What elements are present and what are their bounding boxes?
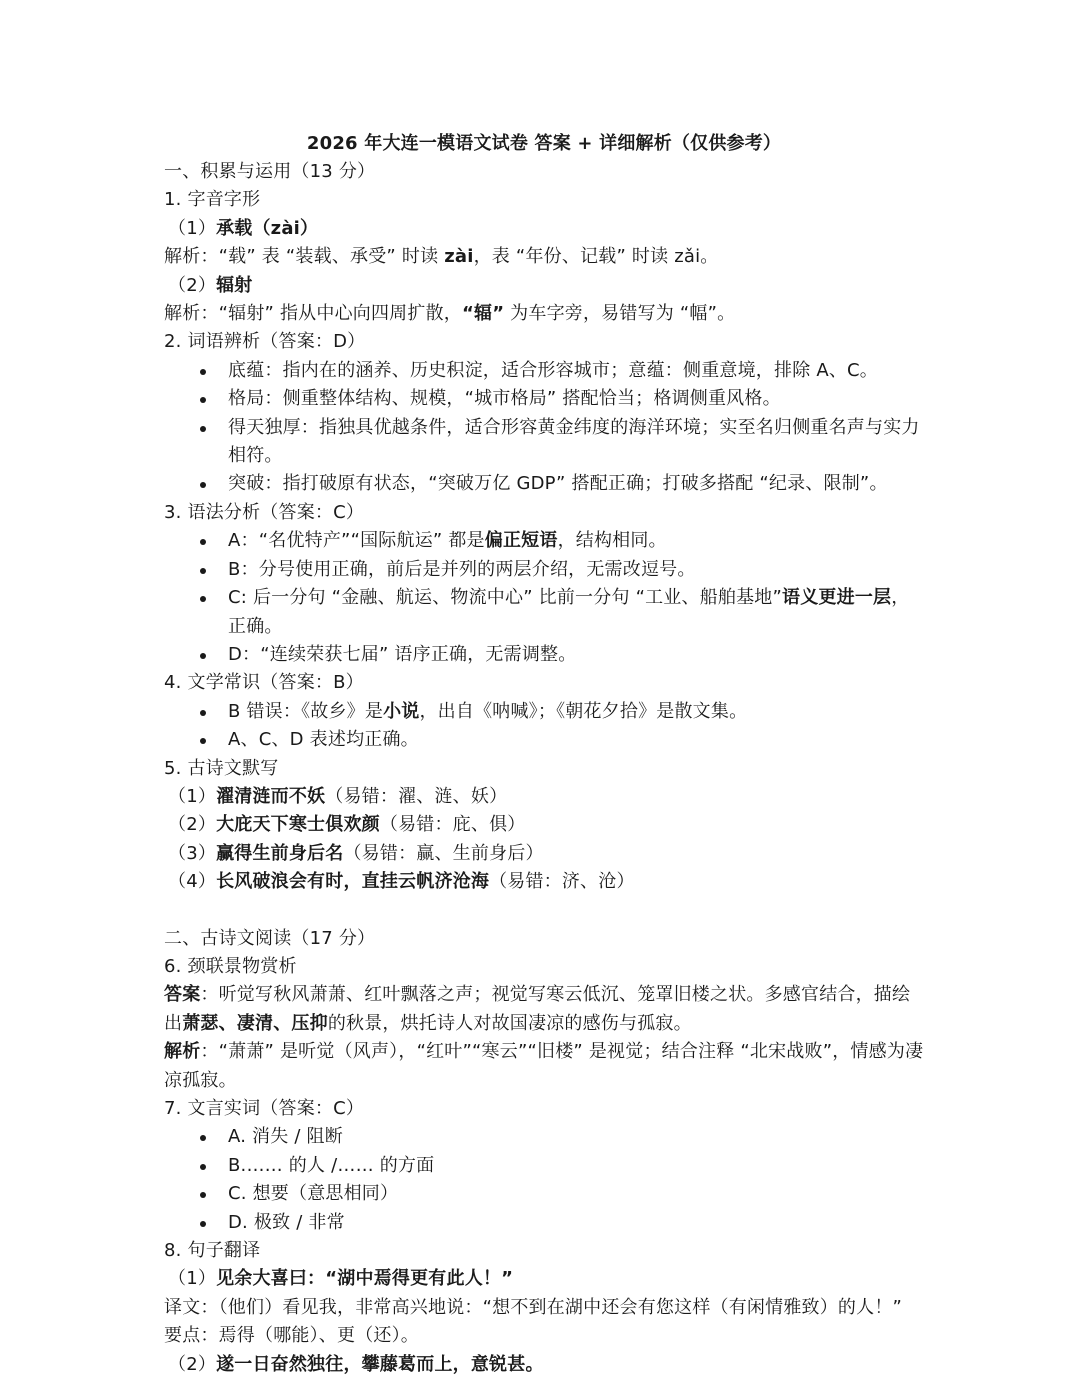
analysis-text: 解析：“载” 表 “装载、承受” 时读	[164, 246, 444, 267]
bullet-item: B：分号使用正确，前后是并列的两层介绍，无需改逗号。	[164, 556, 924, 584]
bullet-item: 得天独厚：指独具优越条件，适合形容黄金纬度的海洋环境；实至名归侧重名声与实力相符…	[164, 414, 924, 471]
recitation-item: （3）赢得生前身后名（易错：赢、生前身后）	[164, 840, 924, 868]
answer-text: 辐射	[216, 275, 252, 296]
sentence-text: 遂一日奋然独往，攀藤葛而上，意锐甚。	[216, 1354, 544, 1375]
note-text: （易错：濯、涟、妖）	[325, 786, 507, 807]
question-heading-7: 7. 文言实词（答案：C）	[164, 1095, 924, 1123]
item-number: （1）	[168, 1268, 216, 1289]
bullet-item: B 错误：《故乡》是小说，出自《呐喊》；《朝花夕拾》是散文集。	[164, 698, 924, 726]
q8-part2-sentence: （2）遂一日奋然独往，攀藤葛而上，意锐甚。	[164, 1351, 924, 1379]
q8-part1-sentence: （1）见余大喜曰：“湖中焉得更有此人！”	[164, 1265, 924, 1293]
answer-label: 答案	[164, 984, 200, 1005]
bullet-text: ，结构相同。	[558, 530, 667, 551]
bullet-text: A：“名优特产”“国际航运” 都是	[228, 530, 485, 551]
item-number: （3）	[168, 843, 216, 864]
question-heading-4: 4. 文学常识（答案：B）	[164, 669, 924, 697]
recitation-item: （4）长风破浪会有时，直挂云帆济沧海（易错：济、沧）	[164, 868, 924, 896]
q8-part1-translation: 译文：（他们）看见我，非常高兴地说：“想不到在湖中还会有您这样（有闲情雅致）的人…	[164, 1294, 924, 1322]
section-heading-1: 一、积累与运用（13 分）	[164, 158, 924, 186]
bullet-item: A：“名优特产”“国际航运” 都是偏正短语，结构相同。	[164, 527, 924, 555]
question-heading-3: 3. 语法分析（答案：C）	[164, 499, 924, 527]
answer-bold: 萧瑟、凄清、压抑	[182, 1013, 328, 1034]
bullet-item: 突破：指打破原有状态，“突破万亿 GDP” 搭配正确；打破多搭配 “纪录、限制”…	[164, 470, 924, 498]
q6-answer: 答案：听觉写秋风萧萧、红叶飘落之声；视觉写寒云低沉、笼罩旧楼之状。多感官结合，描…	[164, 981, 924, 1038]
q1-part1-analysis: 解析：“载” 表 “装载、承受” 时读 zài，表 “年份、记载” 时读 zǎi…	[164, 243, 924, 271]
bullet-item: 格局：侧重整体结构、规模，“城市格局” 搭配恰当；格调侧重风格。	[164, 385, 924, 413]
sentence-text: 见余大喜曰：“湖中焉得更有此人！”	[216, 1268, 513, 1289]
section-heading-2: 二、古诗文阅读（17 分）	[164, 925, 924, 953]
bullet-item: A. 消失 / 阻断	[164, 1123, 924, 1151]
bullet-bold: 小说	[383, 701, 419, 722]
recitation-item: （1）濯清涟而不妖（易错：濯、涟、妖）	[164, 783, 924, 811]
document-page: 2026 年大连一模语文试卷 答案 + 详细解析（仅供参考） 一、积累与运用（1…	[164, 130, 924, 1379]
answer-text: 的秋景，烘托诗人对故国凄凉的感伤与孤寂。	[328, 1013, 692, 1034]
question-heading-1: 1. 字音字形	[164, 186, 924, 214]
q1-part2-answer: （2）辐射	[164, 272, 924, 300]
analysis-bold: zài	[444, 246, 473, 267]
bullet-text: C: 后一分句 “金融、航运、物流中心” 比前一分句 “工业、船舶基地”	[228, 587, 782, 608]
bullet-item: D：“连续荣获七届” 语序正确，无需调整。	[164, 641, 924, 669]
bullet-item: 底蕴：指内在的涵养、历史积淀，适合形容城市；意蕴：侧重意境，排除 A、C。	[164, 357, 924, 385]
analysis-label: 解析	[164, 1041, 200, 1062]
answer-text: 赢得生前身后名	[216, 843, 343, 864]
question-heading-8: 8. 句子翻译	[164, 1237, 924, 1265]
item-number: （2）	[168, 814, 216, 835]
bullet-item: C. 想要（意思相同）	[164, 1180, 924, 1208]
bullet-bold: 偏正短语	[485, 530, 558, 551]
analysis-text: 为车字旁，易错写为 “幅”。	[504, 303, 735, 324]
answer-text: 濯清涟而不妖	[216, 786, 325, 807]
bullet-item: B.…… 的人 /…… 的方面	[164, 1152, 924, 1180]
answer-text: 大庇天下寒士俱欢颜	[216, 814, 380, 835]
bullet-text: B 错误：《故乡》是	[228, 701, 383, 722]
question-heading-2: 2. 词语辨析（答案：D）	[164, 328, 924, 356]
q6-analysis: 解析：“萧萧” 是听觉（风声），“红叶”“寒云”“旧楼” 是视觉；结合注释 “北…	[164, 1038, 924, 1095]
q8-part1-points: 要点：焉得（哪能）、更（还）。	[164, 1322, 924, 1350]
bullet-text: ，出自《呐喊》；《朝花夕拾》是散文集。	[419, 701, 747, 722]
bullet-item: A、C、D 表述均正确。	[164, 726, 924, 754]
item-number: （1）	[168, 786, 216, 807]
section-spacer	[164, 897, 924, 925]
analysis-text: 解析：“辐射” 指从中心向四周扩散，	[164, 303, 462, 324]
note-text: （易错：济、沧）	[489, 871, 635, 892]
recitation-item: （2）大庇天下寒士俱欢颜（易错：庇、俱）	[164, 811, 924, 839]
question-heading-6: 6. 颈联景物赏析	[164, 953, 924, 981]
note-text: （易错：赢、生前身后）	[343, 843, 543, 864]
item-number: （1）	[168, 218, 216, 239]
page-title: 2026 年大连一模语文试卷 答案 + 详细解析（仅供参考）	[164, 130, 924, 158]
analysis-text: ：“萧萧” 是听觉（风声），“红叶”“寒云”“旧楼” 是视觉；结合注释 “北宋战…	[164, 1041, 923, 1090]
bullet-item: D. 极致 / 非常	[164, 1209, 924, 1237]
item-number: （4）	[168, 871, 216, 892]
item-number: （2）	[168, 275, 216, 296]
q1-part1-answer: （1）承载（zài）	[164, 215, 924, 243]
bullet-item: C: 后一分句 “金融、航运、物流中心” 比前一分句 “工业、船舶基地”语义更进…	[164, 584, 924, 641]
bullet-bold: 语义更进一层	[782, 587, 891, 608]
item-number: （2）	[168, 1354, 216, 1375]
q1-part2-analysis: 解析：“辐射” 指从中心向四周扩散，“辐” 为车字旁，易错写为 “幅”。	[164, 300, 924, 328]
answer-text: 承载（zài）	[216, 218, 318, 239]
note-text: （易错：庇、俱）	[380, 814, 526, 835]
analysis-bold: “辐”	[462, 303, 504, 324]
answer-text: 长风破浪会有时，直挂云帆济沧海	[216, 871, 489, 892]
analysis-text: ，表 “年份、记载” 时读 zǎi。	[474, 246, 719, 267]
question-heading-5: 5. 古诗文默写	[164, 755, 924, 783]
